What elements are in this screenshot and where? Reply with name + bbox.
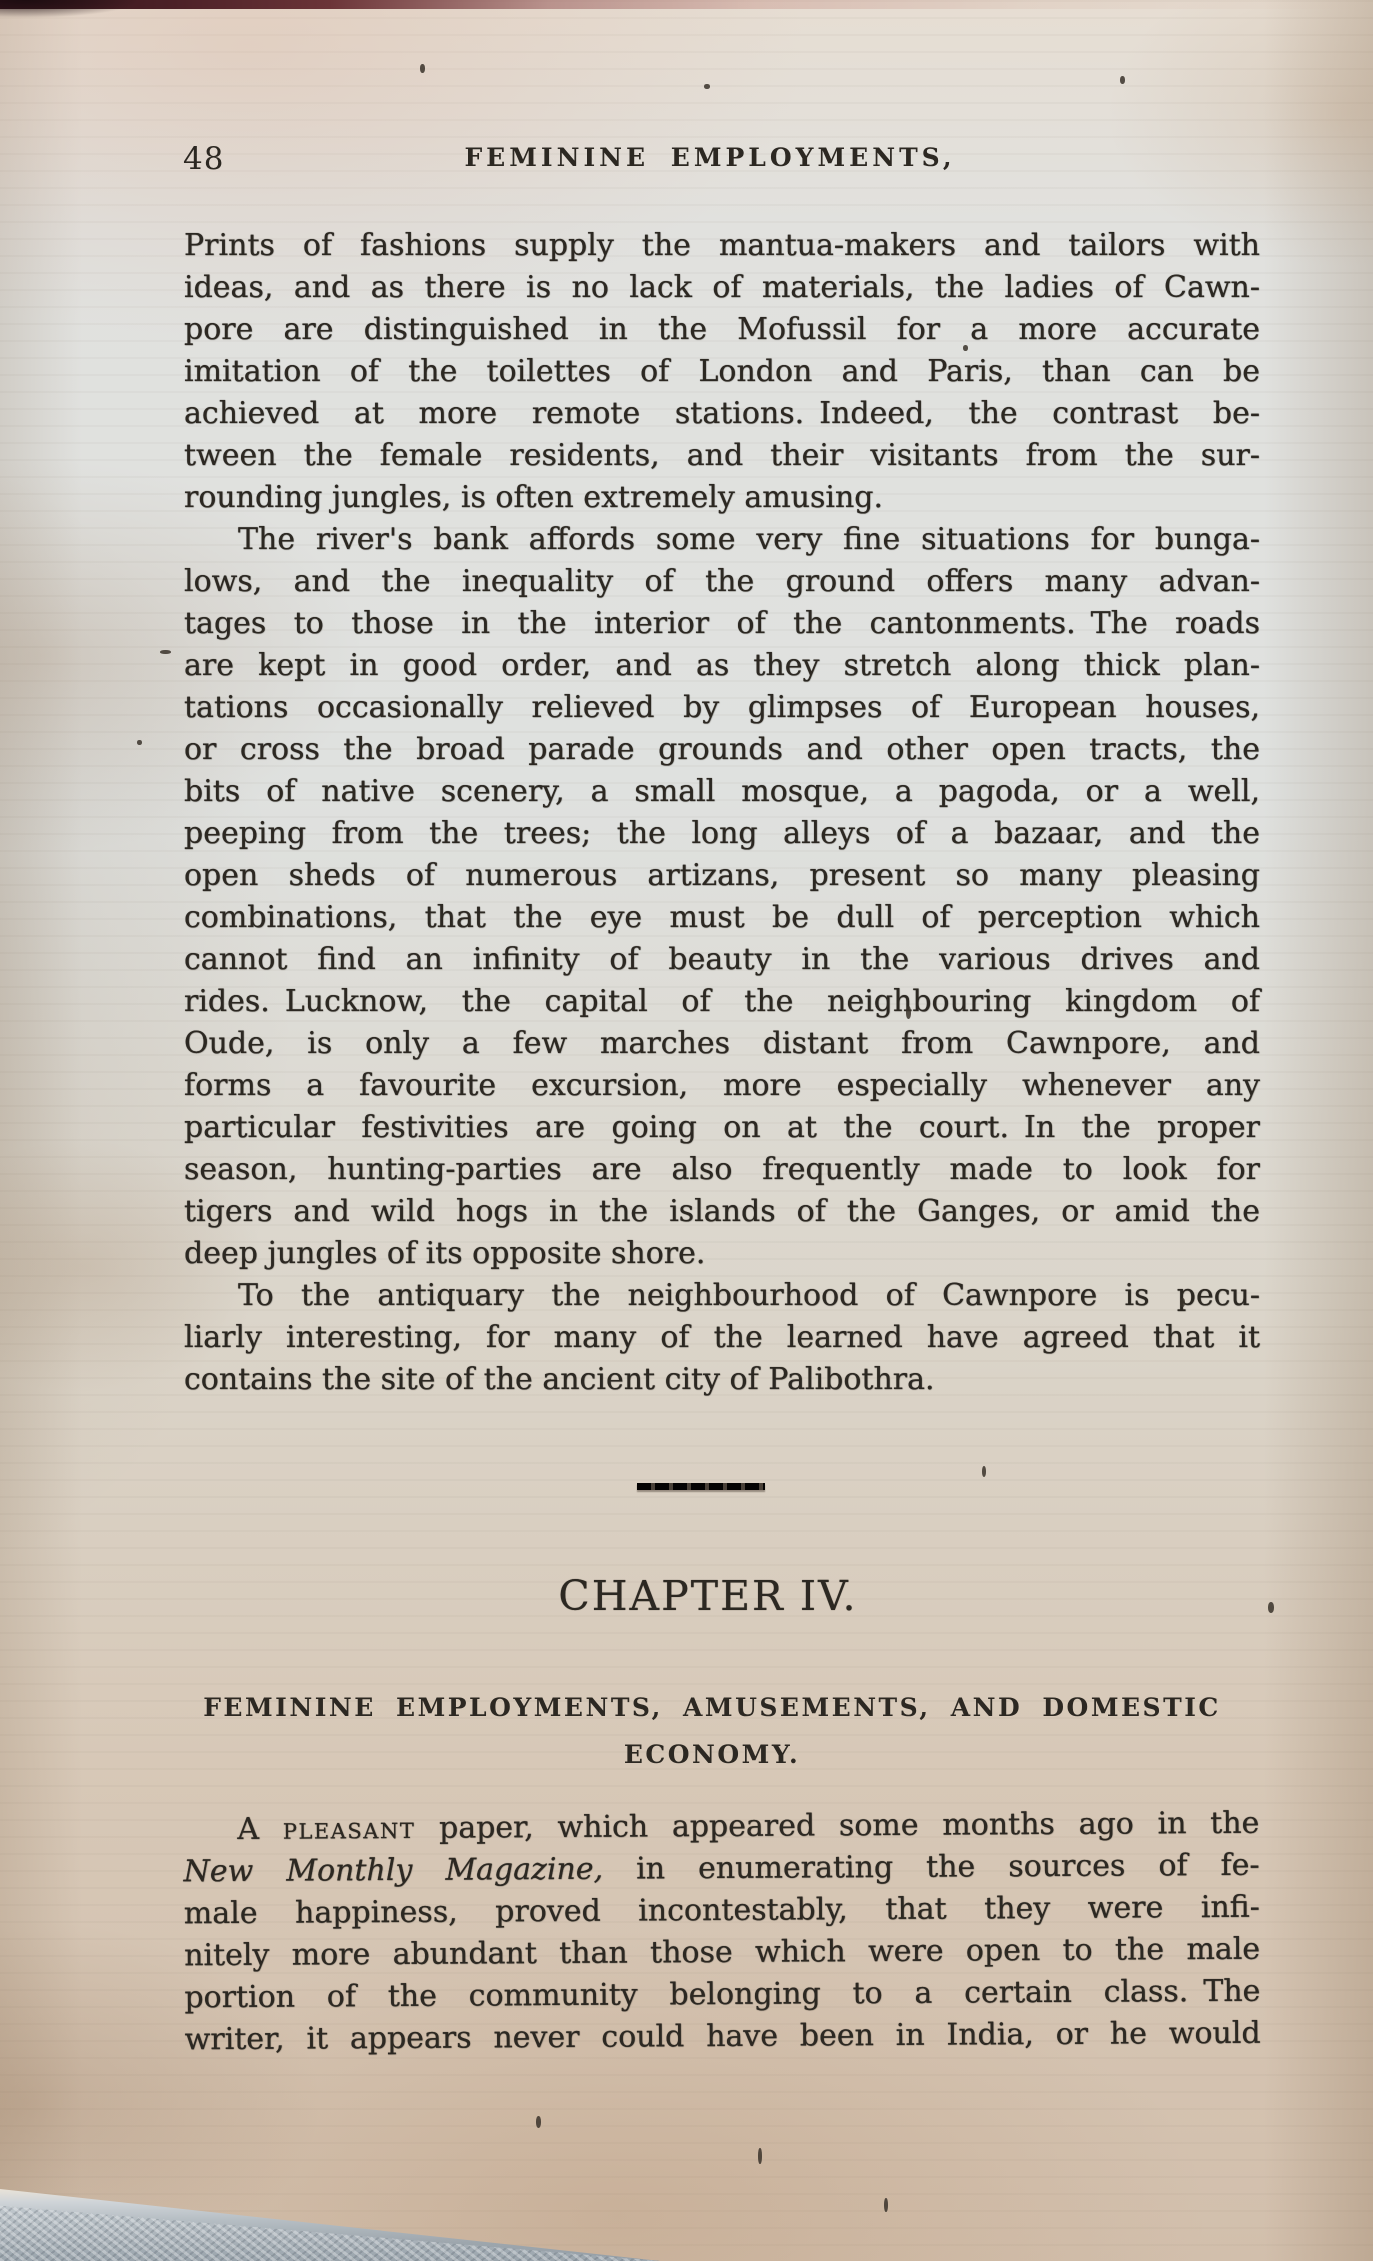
- text-line: deep jungles of its opposite shore.: [184, 1233, 1260, 1275]
- ink-speck: [704, 84, 710, 89]
- chapter-subtitle-line-1: FEMININE EMPLOYMENTS, AMUSEMENTS, AND DO…: [174, 1684, 1250, 1731]
- text-run: portion of the community belonging to a …: [184, 1974, 1260, 2016]
- ink-speck: [1180, 1298, 1185, 1307]
- text-line: or cross the broad parade grounds and ot…: [184, 729, 1260, 771]
- text-line: portion of the community belonging to a …: [184, 1971, 1260, 2020]
- text-run: writer, it appears never could have been…: [185, 2016, 1261, 2058]
- text-run: nitely more abundant than those which we…: [184, 1932, 1260, 1974]
- text-line: achieved at more remote stations. Indeed…: [184, 393, 1260, 435]
- text-run: rounding jungles, is often extremely amu…: [184, 480, 883, 515]
- ink-speck: [137, 740, 142, 745]
- text-line: A pleasant paper, which appeared some mo…: [183, 1803, 1259, 1852]
- text-line: pore are distinguished in the Mofussil f…: [184, 309, 1260, 351]
- text-run: ideas, and as there is no lack of materi…: [184, 270, 1260, 305]
- text-line: bits of native scenery, a small mosque, …: [184, 771, 1260, 813]
- ink-speck: [536, 2116, 541, 2128]
- text-line: writer, it appears never could have been…: [185, 2013, 1261, 2062]
- text-line: combinations, that the eye must be dull …: [184, 897, 1260, 939]
- text-line: rides. Lucknow, the capital of the neigh…: [184, 981, 1260, 1023]
- text-line: peeping from the trees; the long alleys …: [184, 813, 1260, 855]
- page-top-edge: [0, 0, 1373, 9]
- text-run: deep jungles of its opposite shore.: [184, 1236, 705, 1271]
- text-run: tigers and wild hogs in the islands of t…: [184, 1194, 1260, 1229]
- text-run: are kept in good order, and as they stre…: [184, 648, 1260, 683]
- text-line: cannot find an infinity of beauty in the…: [184, 939, 1260, 981]
- ink-speck: [420, 64, 425, 73]
- text-line: particular festivities are going on at t…: [184, 1107, 1260, 1149]
- scanned-book-page: 48 FEMININE EMPLOYMENTS, Prints of fashi…: [0, 0, 1373, 2261]
- text-run: bits of native scenery, a small mosque, …: [184, 774, 1260, 809]
- text-line: The river's bank affords some very fine …: [184, 519, 1260, 561]
- paragraph: Prints of fashions supply the mantua-mak…: [184, 225, 1260, 519]
- text-run: pore are distinguished in the Mofussil f…: [184, 312, 1260, 347]
- text-line: rounding jungles, is often extremely amu…: [184, 477, 1260, 519]
- chapter-subtitle-line-2: ECONOMY.: [174, 1731, 1250, 1778]
- text-line: lows, and the inequality of the ground o…: [184, 561, 1260, 603]
- text-run: The river's bank affords some very fine …: [238, 522, 1260, 557]
- text-line: tween the female residents, and their vi…: [184, 435, 1260, 477]
- ink-speck: [1120, 76, 1125, 84]
- text-run: To the antiquary the neighbourhood of Ca…: [238, 1278, 1260, 1313]
- text-line: New Monthly Magazine, in enumerating the…: [183, 1845, 1259, 1894]
- text-line: tations occasionally relieved by glimpse…: [184, 687, 1260, 729]
- text-line: tigers and wild hogs in the islands of t…: [184, 1191, 1260, 1233]
- text-run: or cross the broad parade grounds and ot…: [184, 732, 1260, 767]
- chapter-subtitle: FEMININE EMPLOYMENTS, AMUSEMENTS, AND DO…: [174, 1684, 1250, 1778]
- text-line: liarly interesting, for many of the lear…: [184, 1317, 1260, 1359]
- text-line: Oude, is only a few marches distant from…: [184, 1023, 1260, 1065]
- small-caps-text: pleasant: [283, 1811, 416, 1847]
- text-run: cannot find an infinity of beauty in the…: [184, 942, 1260, 977]
- text-line: forms a favourite excursion, more especi…: [184, 1065, 1260, 1107]
- ink-speck: [160, 650, 171, 654]
- paragraph: To the antiquary the neighbourhood of Ca…: [184, 1275, 1260, 1401]
- running-header: FEMININE EMPLOYMENTS,: [172, 143, 1248, 172]
- text-line: nitely more abundant than those which we…: [184, 1929, 1260, 1978]
- text-line: ideas, and as there is no lack of materi…: [184, 267, 1260, 309]
- text-run: tations occasionally relieved by glimpse…: [184, 690, 1260, 725]
- section-divider: [637, 1483, 765, 1490]
- text-run: male happiness, proved incontestably, th…: [184, 1890, 1260, 1932]
- text-run: imitation of the toilettes of London and…: [184, 354, 1260, 389]
- text-run: contains the site of the ancient city of…: [184, 1362, 935, 1397]
- italic-text: New Monthly Magazine,: [184, 1852, 604, 1890]
- text-line: season, hunting-parties are also frequen…: [184, 1149, 1260, 1191]
- text-line: open sheds of numerous artizans, present…: [184, 855, 1260, 897]
- text-run: liarly interesting, for many of the lear…: [184, 1320, 1260, 1355]
- text-run: lows, and the inequality of the ground o…: [184, 564, 1260, 599]
- text-run: A: [237, 1812, 283, 1847]
- text-line: contains the site of the ancient city of…: [184, 1359, 1260, 1401]
- opening-paragraph-block: A pleasant paper, which appeared some mo…: [183, 1803, 1261, 2062]
- text-run: season, hunting-parties are also frequen…: [184, 1152, 1260, 1187]
- text-line: imitation of the toilettes of London and…: [184, 351, 1260, 393]
- ink-speck: [758, 2148, 762, 2164]
- text-run: Oude, is only a few marches distant from…: [184, 1026, 1260, 1061]
- body-text-block: Prints of fashions supply the mantua-mak…: [184, 225, 1260, 1401]
- text-run: paper, which appeared some months ago in…: [415, 1806, 1259, 1846]
- text-run: particular festivities are going on at t…: [184, 1110, 1260, 1145]
- text-run: achieved at more remote stations. Indeed…: [184, 396, 1260, 431]
- text-run: tages to those in the interior of the ca…: [184, 606, 1260, 641]
- text-line: Prints of fashions supply the mantua-mak…: [184, 225, 1260, 267]
- ink-speck: [906, 1006, 911, 1019]
- ink-speck: [884, 2198, 888, 2212]
- text-run: Prints of fashions supply the mantua-mak…: [184, 228, 1260, 263]
- text-run: forms a favourite excursion, more especi…: [184, 1068, 1260, 1103]
- text-line: are kept in good order, and as they stre…: [184, 645, 1260, 687]
- text-run: open sheds of numerous artizans, present…: [184, 858, 1260, 893]
- ink-speck: [1268, 1602, 1274, 1613]
- text-line: male happiness, proved incontestably, th…: [184, 1887, 1260, 1936]
- paragraph: A pleasant paper, which appeared some mo…: [183, 1803, 1261, 2062]
- text-run: peeping from the trees; the long alleys …: [184, 816, 1260, 851]
- page-top-corner-shadow: [0, 0, 140, 18]
- text-run: combinations, that the eye must be dull …: [184, 900, 1260, 935]
- ink-speck: [963, 345, 968, 351]
- text-run: tween the female residents, and their vi…: [184, 438, 1260, 473]
- text-run: rides. Lucknow, the capital of the neigh…: [184, 984, 1260, 1019]
- paragraph: The river's bank affords some very fine …: [184, 519, 1260, 1275]
- ink-speck: [982, 1466, 986, 1477]
- text-line: tages to those in the interior of the ca…: [184, 603, 1260, 645]
- text-line: To the antiquary the neighbourhood of Ca…: [184, 1275, 1260, 1317]
- chapter-heading: CHAPTER IV.: [170, 1572, 1246, 1620]
- text-run: in enumerating the sources of fe-: [603, 1848, 1260, 1887]
